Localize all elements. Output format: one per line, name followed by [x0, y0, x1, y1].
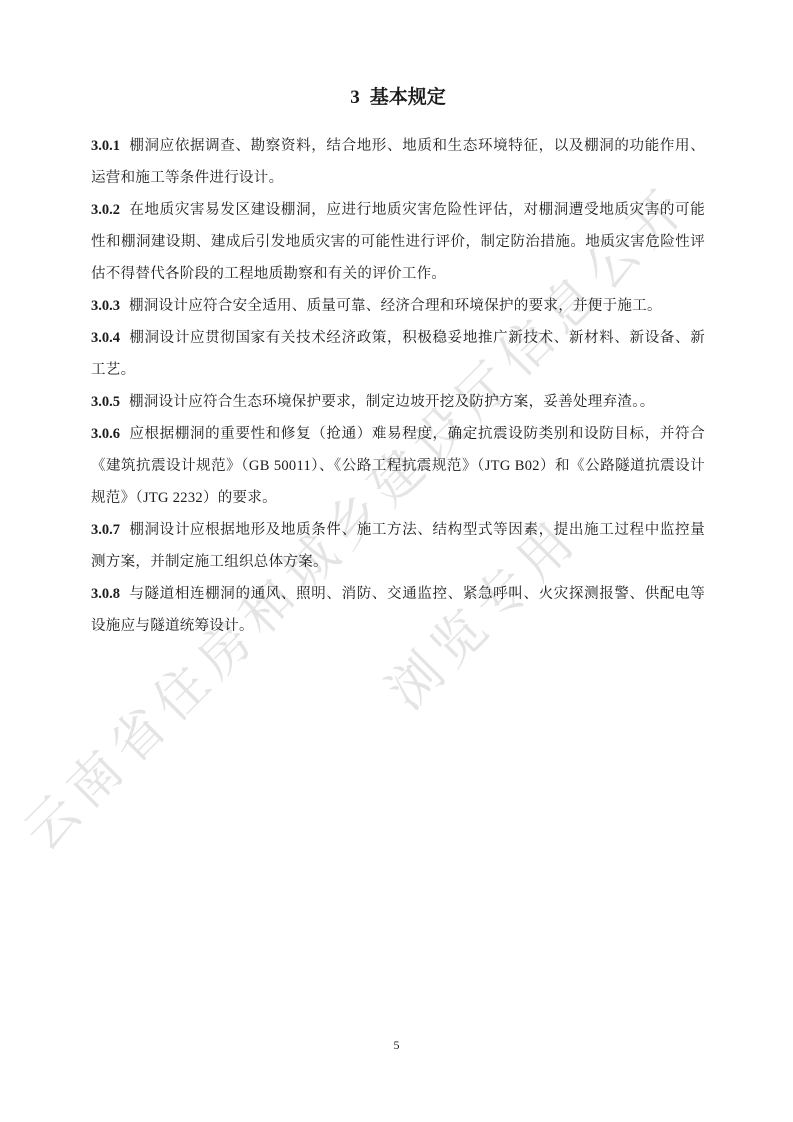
- clause-3-0-2: 3.0.2在地质灾害易发区建设棚洞，应进行地质灾害危险性评估，对棚洞遭受地质灾害…: [91, 194, 705, 290]
- clause-3-0-7: 3.0.7棚洞设计应根据地形及地质条件、施工方法、结构型式等因素，提出施工过程中…: [91, 514, 705, 578]
- clause-3-0-4: 3.0.4棚洞设计应贯彻国家有关技术经济政策，积极稳妥地推广新技术、新材料、新设…: [91, 322, 705, 386]
- clause-number: 3.0.2: [91, 202, 120, 218]
- clause-number: 3.0.6: [91, 426, 120, 442]
- clause-text: 应根据棚洞的重要性和修复（抢通）难易程度，确定抗震设防类别和设防目标，并符合《建…: [91, 426, 705, 506]
- section-title: 3基本规定: [91, 84, 705, 112]
- clause-text: 与隧道相连棚洞的通风、照明、消防、交通监控、紧急呼叫、火灾探测报警、供配电等设施…: [91, 586, 705, 634]
- page-number: 5: [0, 1038, 793, 1053]
- clause-3-0-1: 3.0.1棚洞应依据调查、勘察资料，结合地形、地质和生态环境特征，以及棚洞的功能…: [91, 130, 705, 194]
- clause-text: 棚洞设计应贯彻国家有关技术经济政策，积极稳妥地推广新技术、新材料、新设备、新工艺…: [91, 330, 705, 378]
- section-number: 3: [350, 87, 360, 108]
- clause-3-0-5: 3.0.5棚洞设计应符合生态环境保护要求，制定边坡开挖及防护方案，妥善处理弃渣。…: [91, 386, 705, 418]
- clause-number: 3.0.7: [91, 522, 120, 538]
- clause-text: 棚洞设计应根据地形及地质条件、施工方法、结构型式等因素，提出施工过程中监控量测方…: [91, 522, 705, 570]
- document-page: 云南省住房和城乡建设厅信息公开 浏览专用 3基本规定 3.0.1棚洞应依据调查、…: [0, 0, 793, 1122]
- clause-text: 棚洞设计应符合安全适用、质量可靠、经济合理和环境保护的要求，并便于施工。: [129, 298, 662, 314]
- clause-number: 3.0.1: [91, 138, 120, 154]
- clause-3-0-6: 3.0.6应根据棚洞的重要性和修复（抢通）难易程度，确定抗震设防类别和设防目标，…: [91, 418, 705, 514]
- clause-number: 3.0.8: [91, 586, 120, 602]
- document-body: 3基本规定 3.0.1棚洞应依据调查、勘察资料，结合地形、地质和生态环境特征，以…: [91, 84, 705, 642]
- section-title-text: 基本规定: [370, 87, 446, 108]
- clause-text: 棚洞设计应符合生态环境保护要求，制定边坡开挖及防护方案，妥善处理弃渣。。: [129, 394, 655, 410]
- clause-text: 棚洞应依据调查、勘察资料，结合地形、地质和生态环境特征，以及棚洞的功能作用、运营…: [91, 138, 705, 186]
- clause-text: 在地质灾害易发区建设棚洞，应进行地质灾害危险性评估，对棚洞遭受地质灾害的可能性和…: [91, 202, 705, 282]
- clause-3-0-3: 3.0.3棚洞设计应符合安全适用、质量可靠、经济合理和环境保护的要求，并便于施工…: [91, 290, 705, 322]
- clause-number: 3.0.3: [91, 298, 120, 314]
- clause-number: 3.0.4: [91, 330, 120, 346]
- clause-number: 3.0.5: [91, 394, 120, 410]
- clause-3-0-8: 3.0.8与隧道相连棚洞的通风、照明、消防、交通监控、紧急呼叫、火灾探测报警、供…: [91, 578, 705, 642]
